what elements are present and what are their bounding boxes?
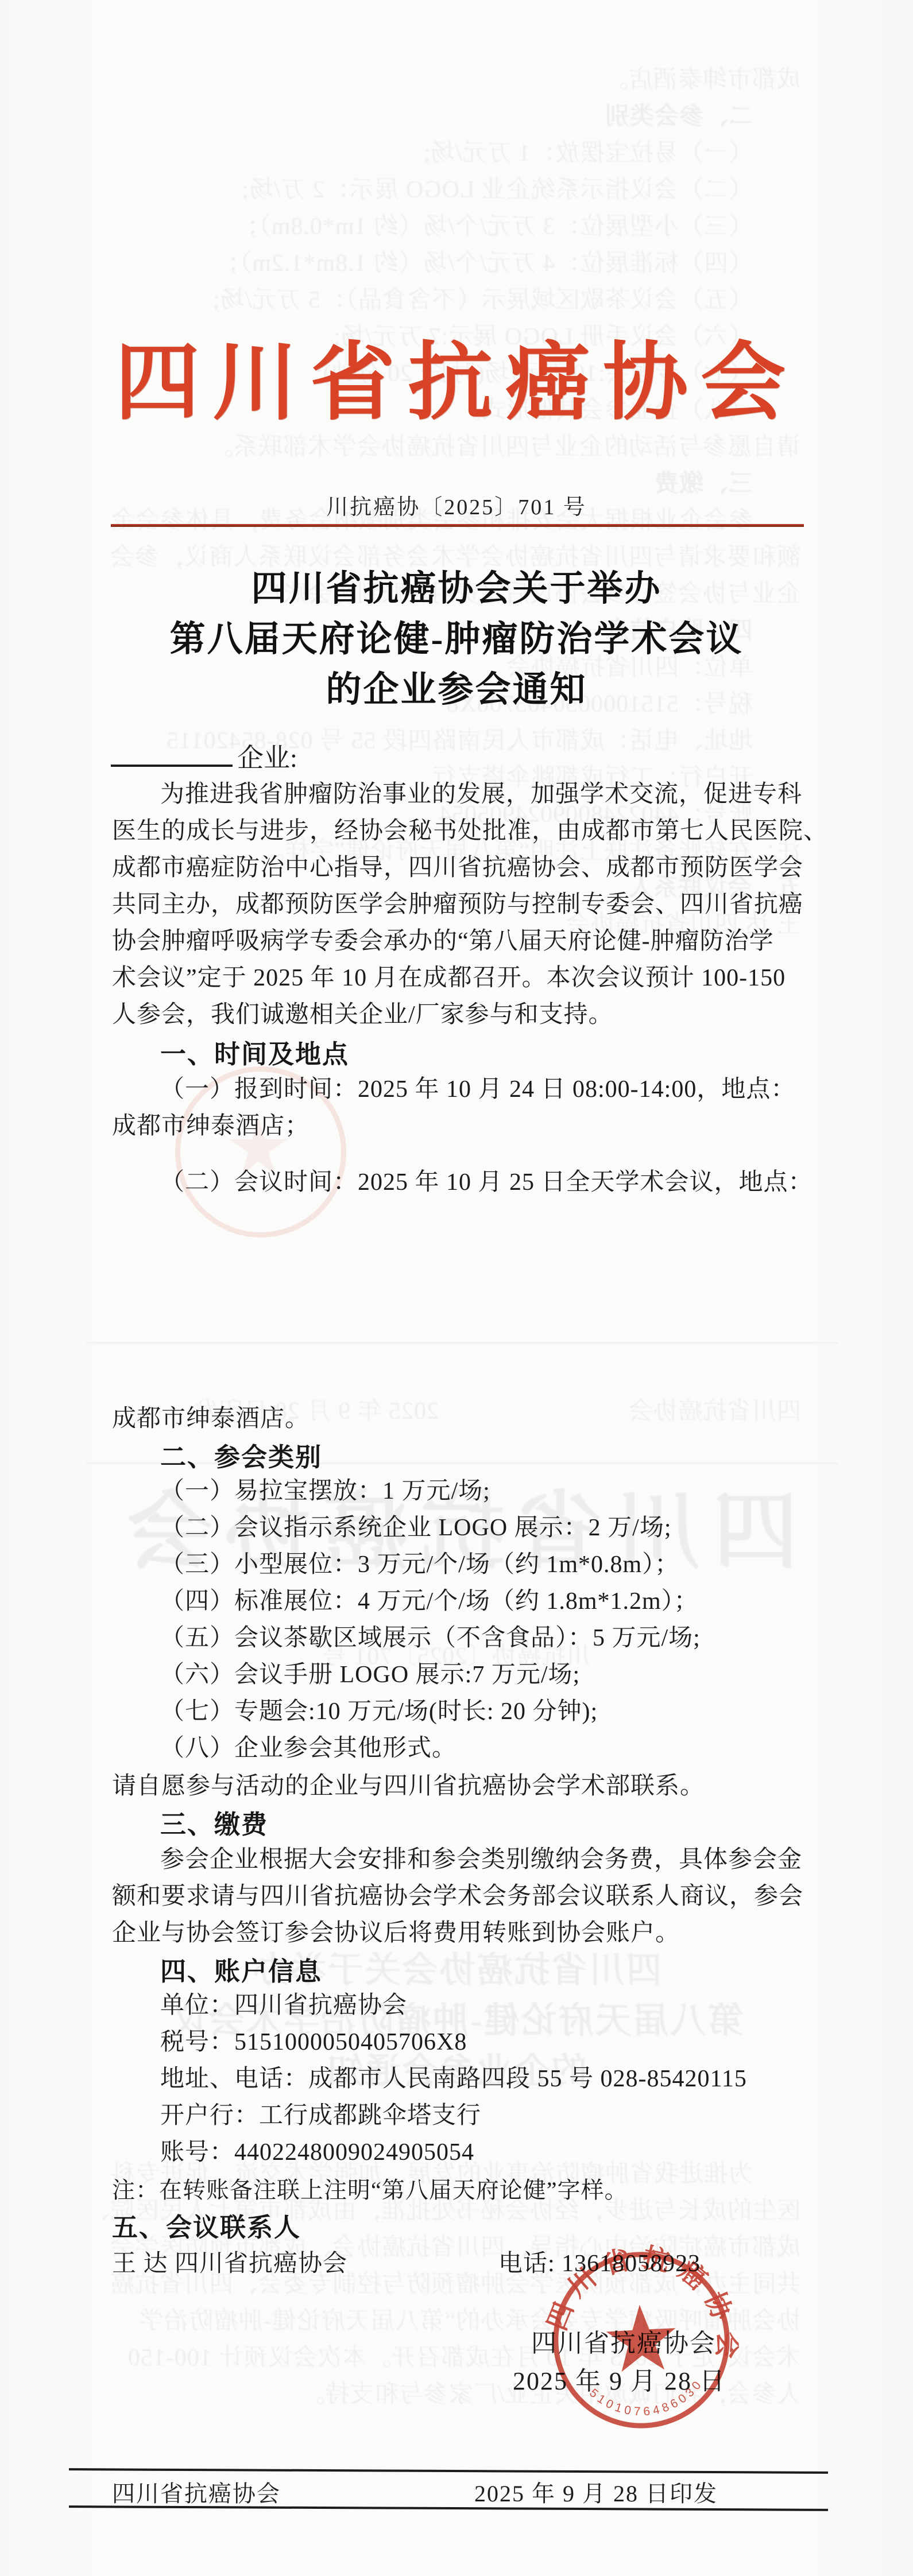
- bleed-line: （三）小型展位：3 万元/个/场（约 1m*0.8m）；: [234, 207, 753, 242]
- account-bank: 开户行：工行成都跳伞塔支行: [160, 2097, 747, 2134]
- contact-person-line: 王 达 四川省抗癌协会: [112, 2245, 347, 2282]
- org-header-title: 四川省抗癌协会: [0, 315, 913, 436]
- fee-item: （二）会议指示系统企业 LOGO 展示：2 万/场;: [160, 1510, 701, 1546]
- seal-star-icon: [605, 2303, 678, 2372]
- section-heading-time-place: 一、时间及地点: [160, 1033, 349, 1070]
- paragraph-line: 术会议”定于 2025 年 10 月在成都召开。本次会议预计 100-150: [112, 960, 807, 996]
- venue-continuation-line: 成都市绅泰酒店。: [112, 1400, 310, 1437]
- fee-item: （七）专题会:10 万元/场(时长: 20 分钟);: [160, 1693, 701, 1730]
- seal-graphic: 四川省抗癌协会 5101076486030: [539, 2238, 743, 2442]
- official-red-seal: 四川省抗癌协会 5101076486030: [539, 2238, 743, 2442]
- footer-issuing-org: 四川省抗癌协会: [112, 2476, 281, 2508]
- paragraph-line: 成都市癌症防治中心指导，四川省抗癌协会、成都市预防医学会: [112, 849, 807, 886]
- footer-top-rule: [69, 2468, 828, 2474]
- salutation-text: 企业:: [237, 743, 297, 773]
- paragraph-line: 医生的成长与进步，经协会秘书处批准，由成都市第七人民医院、: [112, 813, 807, 849]
- account-tax-number: 税号：5151000050405706X8: [160, 2024, 747, 2061]
- bleed-line: 四川省抗癌协会: [628, 1392, 801, 1426]
- seal-org-arc-text: 四川省抗癌协会: [539, 2238, 743, 2379]
- account-address-phone: 地址、电话：成都市人民南路四段 55 号 028-85420115: [160, 2061, 747, 2097]
- paragraph-line: 参会企业根据大会安排和参会类别缴纳会务费，具体参会金: [112, 1841, 807, 1878]
- bleed-line: 二、参会类别: [605, 97, 753, 131]
- bleed-line: （五）会议茶歇区域展示（不含食品）：5 万元/场;: [212, 281, 753, 315]
- blank-underline: [111, 738, 233, 767]
- fee-item: （一）易拉宝摆放：1 万元/场;: [160, 1473, 701, 1510]
- paragraph-line: 额和要求请与四川省抗癌协会学术会务部会议联系人商议，参会: [112, 1878, 807, 1915]
- title-line: 第八届天府论健-肿瘤防治学术会议: [0, 614, 913, 665]
- account-unit: 单位：四川省抗癌协会: [160, 1987, 747, 2024]
- document-number: 川抗癌协〔2025〕701 号: [0, 489, 913, 521]
- paragraph-line: 为推进我省肿瘤防治事业的发展，加强学术交流，促进专科: [112, 776, 807, 813]
- account-info-block: 单位：四川省抗癌协会 税号：5151000050405706X8 地址、电话：成…: [160, 1987, 747, 2171]
- meeting-time-line: （二）会议时间：2025 年 10 月 25 日全天学术会议，地点：: [160, 1164, 813, 1201]
- footer-print-date: 2025 年 9 月 28 日印发: [474, 2476, 718, 2508]
- payment-paragraph: 参会企业根据大会安排和参会类别缴纳会务费，具体参会金 额和要求请与四川省抗癌协会…: [112, 1841, 807, 1952]
- fee-note-line: 请自愿参与活动的企业与四川省抗癌协会学术部联系。: [112, 1768, 705, 1805]
- fee-category-list: （一）易拉宝摆放：1 万元/场; （二）会议指示系统企业 LOGO 展示：2 万…: [160, 1473, 701, 1767]
- fee-item: （三）小型展位：3 万元/个/场（约 1m*0.8m）；: [160, 1546, 701, 1583]
- red-divider-rule: [111, 524, 804, 527]
- paragraph-line: 共同主办，成都预防医学会肿瘤预防与控制专委会、四川省抗癌: [112, 886, 807, 923]
- fee-item: （四）标准展位：4 万元/个/场（约 1.8m*1.2m）；: [160, 1583, 701, 1620]
- scanned-document: 成都市绅泰酒店。 二、参会类别 （一）易拉宝摆放：1 万元/场; （二）会议指示…: [0, 0, 913, 2576]
- fee-item: （六）会议手册 LOGO 展示:7 万元/场;: [160, 1656, 701, 1693]
- document-title: 四川省抗癌协会关于举办 第八届天府论健-肿瘤防治学术会议 的企业参会通知: [0, 564, 913, 715]
- svg-text:四川省抗癌协会: 四川省抗癌协会: [539, 2238, 743, 2379]
- transfer-note-line: 注：在转账备注联上注明“第八届天府论健”字样。: [112, 2172, 628, 2209]
- section-heading-contact: 五、会议联系人: [112, 2206, 301, 2244]
- paragraph-line: 人参会，我们诚邀相关企业/厂家参与和支持。: [112, 996, 807, 1033]
- paragraph-line: 协会肿瘤呼吸病学专委会承办的“第八届天府论健-肿瘤防治学: [112, 923, 807, 960]
- fee-item: （五）会议茶歇区域展示（不含食品）：5 万元/场;: [160, 1620, 701, 1656]
- section-heading-account: 四、账户信息: [160, 1950, 322, 1988]
- account-number: 账号：4402248009024905054: [160, 2134, 747, 2171]
- bleed-line: 成都市绅泰酒店。: [603, 60, 801, 95]
- section-heading-categories: 二、参会类别: [160, 1436, 322, 1473]
- bleed-line: （一）易拉宝摆放：1 万元/场;: [423, 134, 753, 168]
- bleed-line: （二）会议指示系统企业 LOGO 展示：2 万/场;: [242, 170, 753, 205]
- salutation-line: 企业:: [111, 737, 297, 775]
- fee-item: （八）企业参会其他形式。: [160, 1730, 701, 1767]
- bleed-line: （四）标准展位：4 万元/个/场（约 1.8m*1.2m）；: [214, 244, 753, 278]
- paragraph-line: 企业与协会签订参会协议后将费用转账到协会账户。: [112, 1915, 807, 1952]
- registration-place-line: 成都市绅泰酒店；: [112, 1108, 310, 1145]
- registration-time-line: （一）报到时间：2025 年 10 月 24 日 08:00-14:00，地点：: [160, 1071, 795, 1108]
- intro-paragraph: 为推进我省肿瘤防治事业的发展，加强学术交流，促进专科 医生的成长与进步，经协会秘…: [112, 776, 807, 1033]
- title-line: 四川省抗癌协会关于举办: [0, 564, 913, 614]
- section-heading-payment: 三、缴费: [160, 1803, 268, 1841]
- title-line: 的企业参会通知: [0, 665, 913, 715]
